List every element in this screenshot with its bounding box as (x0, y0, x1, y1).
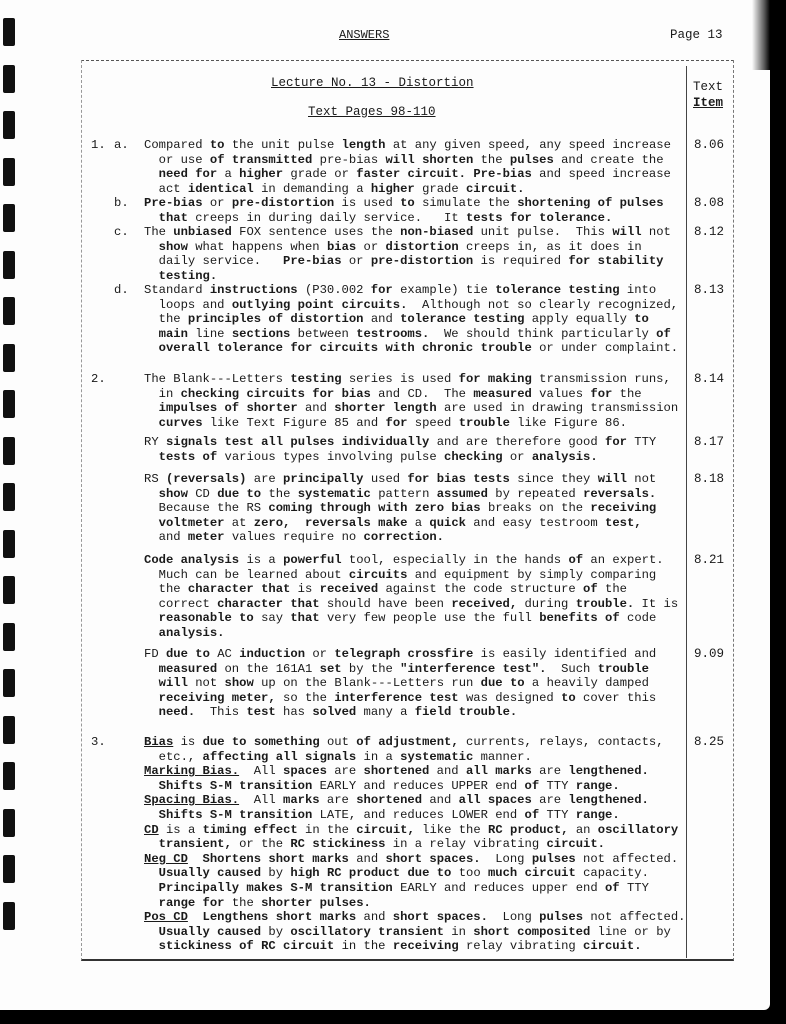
answer-line: show what happens when bias or distortio… (144, 240, 671, 255)
answer-sub-label: d. (114, 283, 129, 297)
text-item-reference: 8.17 (694, 435, 724, 449)
answer-line: testing. (144, 269, 671, 284)
answer-line: Code analysis is a powerful tool, especi… (144, 553, 678, 568)
text-item-reference: 8.25 (694, 735, 724, 749)
answer-line: Shifts S-M transition LATE, and reduces … (144, 808, 685, 823)
answer-line: need. This test has solved many a field … (144, 705, 656, 720)
text-item-column-header: Text Item (693, 79, 723, 111)
answer-text: The unbiased FOX sentence uses the non-b… (144, 225, 671, 283)
answer-line: Neg CD Shortens short marks and short sp… (144, 852, 685, 867)
answer-line: Shifts S-M transition EARLY and reduces … (144, 779, 685, 794)
answer-line: Standard instructions (P30.002 for examp… (144, 283, 678, 298)
answer-line: daily service. Pre-bias or pre-distortio… (144, 254, 671, 269)
answer-line: The unbiased FOX sentence uses the non-b… (144, 225, 671, 240)
answer-line: loops and outlying point circuits. Altho… (144, 298, 678, 313)
binder-hole (3, 762, 15, 790)
answer-line: RS (reversals) are principally used for … (144, 472, 656, 487)
text-item-reference: 8.21 (694, 553, 724, 567)
text-item-reference: 8.14 (694, 372, 724, 386)
answer-line: need for a higher grade or faster circui… (144, 167, 671, 182)
answer-line: act identical in demanding a higher grad… (144, 182, 671, 197)
answer-line: etc., affecting all signals in a systema… (144, 750, 685, 765)
answer-line: measured on the 161A1 set by the "interf… (144, 662, 656, 677)
lecture-title: Lecture No. 13 - Distortion (271, 76, 474, 90)
binder-hole (3, 111, 15, 139)
answer-line: Compared to the unit pulse length at any… (144, 138, 671, 153)
answer-text: Pre-bias or pre-distortion is used to si… (144, 196, 664, 225)
answer-line: CD is a timing effect in the circuit, li… (144, 823, 685, 838)
answer-line: show CD due to the systematic pattern as… (144, 487, 656, 502)
answer-line: tests of various types involving pulse c… (144, 450, 656, 465)
answer-line: main line sections between testrooms. We… (144, 327, 678, 342)
answer-number: 3. (91, 735, 106, 749)
answer-line: curves like Text Figure 85 and for speed… (144, 416, 678, 431)
answer-sub-label: c. (114, 225, 129, 239)
answer-text: Compared to the unit pulse length at any… (144, 138, 671, 196)
binder-hole (3, 437, 15, 465)
answer-line: Marking Bias. All spaces are shortened a… (144, 764, 685, 779)
answer-text: FD due to AC induction or telegraph cros… (144, 647, 656, 720)
binder-hole (3, 902, 15, 930)
text-item-reference: 8.12 (694, 225, 724, 239)
answer-line: or use of transmitted pre-bias will shor… (144, 153, 671, 168)
answer-line: Usually caused by high RC product due to… (144, 866, 685, 881)
binder-hole (3, 297, 15, 325)
answer-line: the character that is received against t… (144, 582, 678, 597)
answer-line: reasonable to say that very few people u… (144, 611, 678, 626)
binder-hole (3, 65, 15, 93)
answer-line: Much can be learned about circuits and e… (144, 568, 678, 583)
column-header-line2: Item (693, 95, 723, 111)
text-item-reference: 9.09 (694, 647, 724, 661)
binder-hole (3, 855, 15, 883)
text-item-reference: 8.06 (694, 138, 724, 152)
answer-text: Code analysis is a powerful tool, especi… (144, 553, 678, 641)
text-item-column-divider (686, 66, 687, 958)
answer-line: voltmeter at zero, reversals make a quic… (144, 516, 656, 531)
text-item-reference: 8.08 (694, 196, 724, 210)
binder-hole (3, 158, 15, 186)
binder-hole (3, 18, 15, 46)
column-header-line1: Text (693, 79, 723, 95)
answer-line: FD due to AC induction or telegraph cros… (144, 647, 656, 662)
answer-line: receiving meter, so the interference tes… (144, 691, 656, 706)
answer-line: and meter values require no correction. (144, 530, 656, 545)
answer-sub-label: a. (114, 138, 129, 152)
answer-line: transient, or the RC stickiness in a rel… (144, 837, 685, 852)
answer-text: RS (reversals) are principally used for … (144, 472, 656, 545)
binder-hole (3, 344, 15, 372)
answer-text: Bias is due to something out of adjustme… (144, 735, 685, 954)
answer-line: Pos CD Lengthens short marks and short s… (144, 910, 685, 925)
answer-sub-label: b. (114, 196, 129, 210)
binder-hole (3, 623, 15, 651)
text-item-reference: 8.18 (694, 472, 724, 486)
text-item-reference: 8.13 (694, 283, 724, 297)
answer-line: The Blank---Letters testing series is us… (144, 372, 678, 387)
document-page: ANSWERS Page 13 Lecture No. 13 - Distort… (0, 0, 770, 1010)
answer-line: Bias is due to something out of adjustme… (144, 735, 685, 750)
answer-text: Standard instructions (P30.002 for examp… (144, 283, 678, 356)
answer-line: Spacing Bias. All marks are shortened an… (144, 793, 685, 808)
binder-hole (3, 669, 15, 697)
answer-line: range for the shorter pulses. (144, 896, 685, 911)
binder-hole (3, 483, 15, 511)
answer-line: Usually caused by oscillatory transient … (144, 925, 685, 940)
answer-line: that creeps in during daily service. It … (144, 211, 664, 226)
answer-line: stickiness of RC circuit in the receivin… (144, 939, 685, 954)
answer-number: 1. (91, 138, 106, 152)
binder-hole (3, 251, 15, 279)
page-edge-shadow (752, 0, 770, 70)
page-header-title: ANSWERS (339, 28, 389, 42)
binder-hole (3, 809, 15, 837)
answer-line: in checking circuits for bias and CD. Th… (144, 387, 678, 402)
answer-line: impulses of shorter and shorter length a… (144, 401, 678, 416)
text-pages-reference: Text Pages 98-110 (308, 105, 436, 119)
answer-line: Principally makes S-M transition EARLY a… (144, 881, 685, 896)
answer-text: The Blank---Letters testing series is us… (144, 372, 678, 430)
binder-hole (3, 576, 15, 604)
answer-line: overall tolerance for circuits with chro… (144, 341, 678, 356)
binder-hole (3, 390, 15, 418)
binder-hole (3, 716, 15, 744)
binder-hole (3, 204, 15, 232)
answer-text: RY signals test all pulses individually … (144, 435, 656, 464)
answer-line: the principles of distortion and toleran… (144, 312, 678, 327)
answer-line: Because the RS coming through with zero … (144, 501, 656, 516)
answer-line: analysis. (144, 626, 678, 641)
answer-number: 2. (91, 372, 106, 386)
answer-line: correct character that should have been … (144, 597, 678, 612)
binder-hole (3, 530, 15, 558)
answer-line: will not show up on the Blank---Letters … (144, 676, 656, 691)
answer-line: RY signals test all pulses individually … (144, 435, 656, 450)
answer-line: Pre-bias or pre-distortion is used to si… (144, 196, 664, 211)
page-number: Page 13 (670, 28, 723, 42)
